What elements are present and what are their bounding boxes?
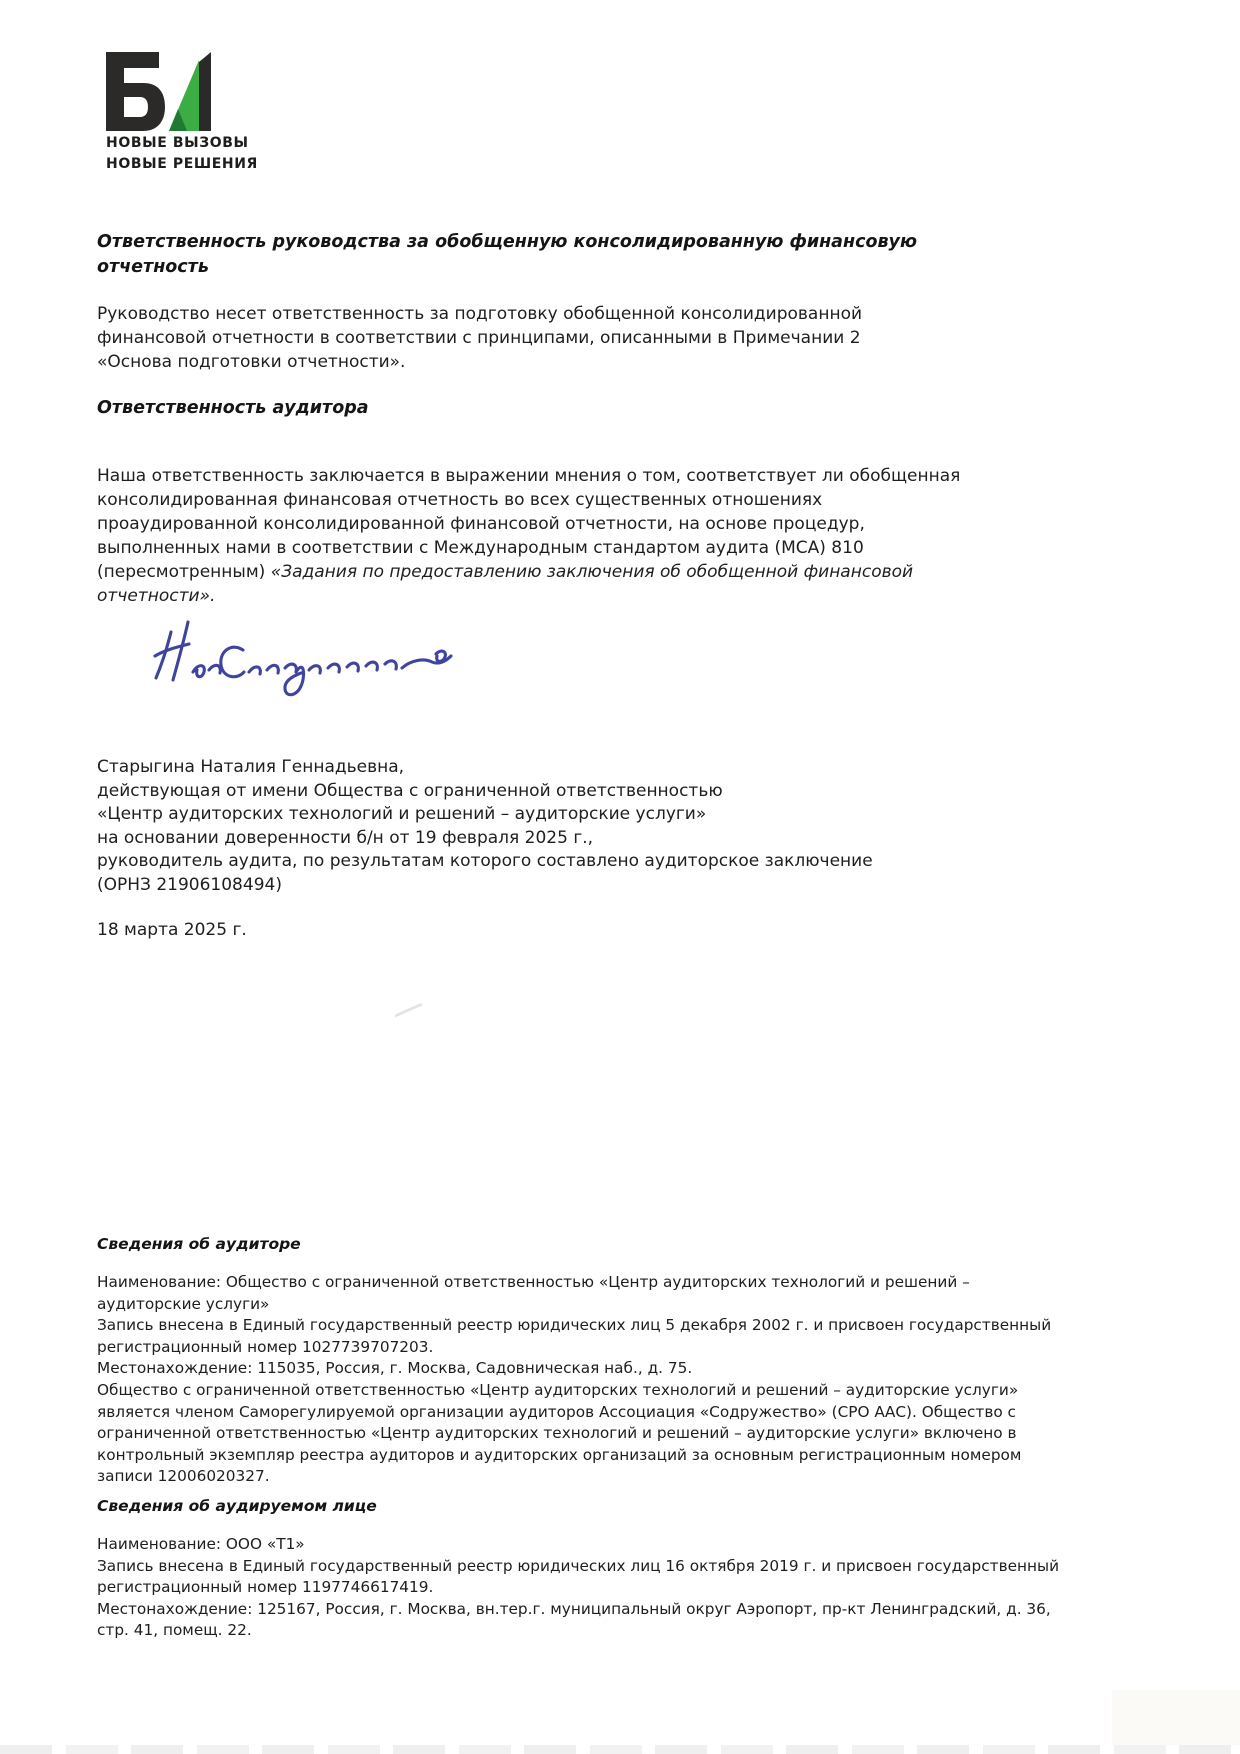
- heading-management-responsibility: Ответственность руководства за обобщенну…: [97, 230, 1107, 280]
- logo-tagline-line-2: НОВЫЕ РЕШЕНИЯ: [106, 154, 258, 175]
- paragraph-auditor-details: Наименование: Общество с ограниченной от…: [97, 1272, 1222, 1488]
- signatory-details: Старыгина Наталия Геннадьевна, действующ…: [97, 756, 1107, 897]
- report-date: 18 марта 2025 г.: [97, 920, 247, 940]
- logo-tagline: НОВЫЕ ВЫЗОВЫ НОВЫЕ РЕШЕНИЯ: [106, 133, 258, 175]
- heading-auditee-details: Сведения об аудируемом лице: [97, 1497, 597, 1515]
- b1-logo-letter-b: [106, 52, 165, 131]
- handwritten-signature: [143, 616, 458, 708]
- paragraph-auditor-responsibility: Наша ответственность заключается в выраж…: [97, 440, 1107, 608]
- corner-scan-shade: [1112, 1690, 1240, 1748]
- heading-auditor-details: Сведения об аудиторе: [97, 1235, 597, 1253]
- paragraph-auditee-details: Наименование: ООО «Т1» Запись внесена в …: [97, 1534, 1222, 1642]
- b1-logo-digit-1-black-bar: [199, 52, 211, 131]
- document-page: НОВЫЕ ВЫЗОВЫ НОВЫЕ РЕШЕНИЯ Ответственнос…: [0, 0, 1240, 1754]
- logo-tagline-line-1: НОВЫЕ ВЫЗОВЫ: [106, 133, 258, 154]
- paragraph-management-responsibility: Руководство несет ответственность за под…: [97, 302, 1107, 374]
- b1-logo: [103, 50, 213, 134]
- scan-artifact-mark: [394, 1003, 428, 1029]
- heading-auditor-responsibility: Ответственность аудитора: [97, 396, 697, 421]
- bottom-scan-band: [0, 1745, 1240, 1754]
